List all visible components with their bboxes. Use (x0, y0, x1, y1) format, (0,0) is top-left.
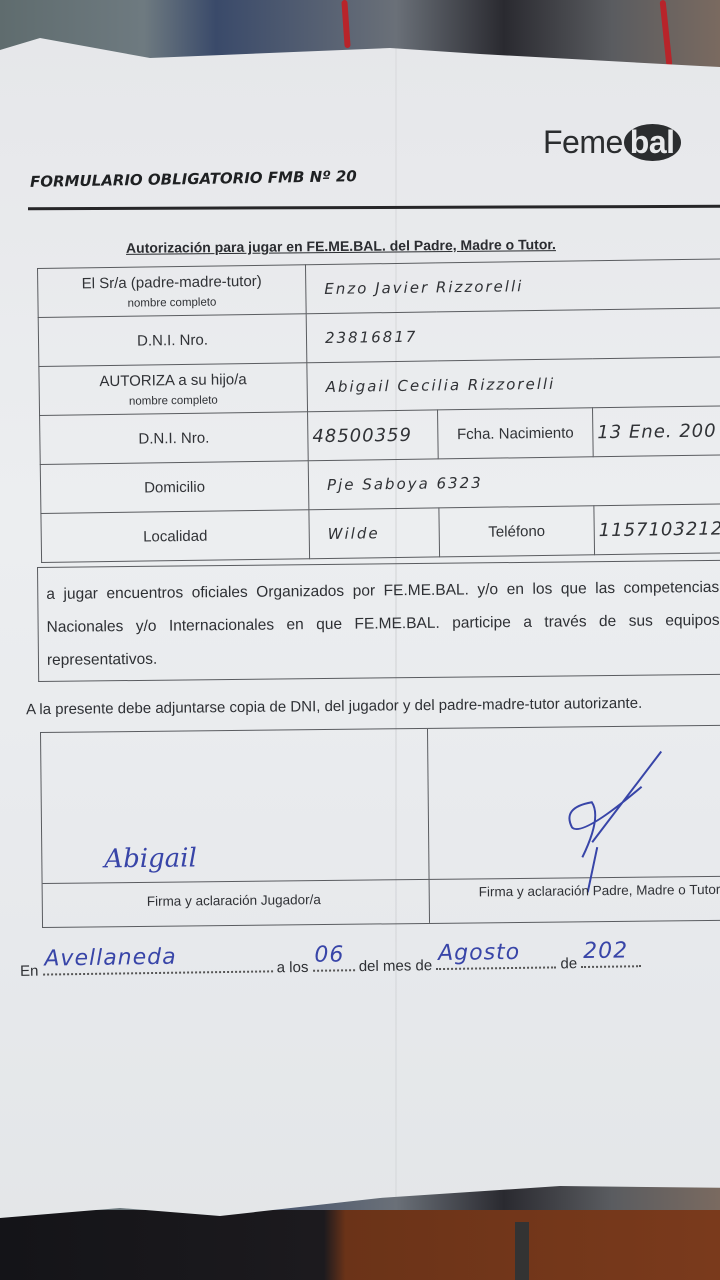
en-label: En (20, 963, 39, 980)
day-value: 06 (314, 942, 344, 967)
authorization-table: El Sr/a (padre-madre-tutor)nombre comple… (37, 258, 720, 563)
authorization-paragraph: a jugar encuentros oficiales Organizados… (37, 560, 720, 682)
player-signature-caption: Firma y aclaración Jugador/a (147, 892, 321, 909)
place-field[interactable]: Avellaneda (42, 956, 272, 975)
child-dni-field[interactable]: 48500359 (308, 410, 439, 461)
signature-box: Abigail Firma y aclaración Jugador/a Fir… (40, 725, 720, 928)
month-label: del mes de (359, 957, 433, 975)
label-subtext: nombre completo (40, 393, 307, 409)
address-field[interactable]: Pje Saboya 6323 (308, 455, 720, 510)
ball-icon: bal (624, 124, 681, 161)
parent-name-label: El Sr/a (padre-madre-tutor)nombre comple… (38, 265, 307, 318)
femebal-logo: Femebal (543, 124, 681, 161)
logo-text: Feme (543, 124, 623, 160)
label-subtext: nombre completo (38, 295, 305, 311)
birth-date-field[interactable]: 13 Ene. 200 (593, 406, 720, 457)
place-value: Avellaneda (44, 945, 177, 972)
month-field[interactable]: Agosto (436, 952, 556, 970)
player-signature[interactable]: Abigail (104, 843, 197, 874)
year-label: de (560, 955, 577, 972)
address-label: Domicilio (40, 461, 309, 514)
background-strap (515, 1222, 529, 1280)
phone-field[interactable]: 1157103212 (594, 504, 720, 555)
day-field[interactable]: 06 (312, 955, 354, 972)
phone-label: Teléfono (439, 506, 595, 557)
month-value: Agosto (438, 940, 520, 966)
table-row: Localidad Wilde Teléfono 1157103212 (41, 504, 720, 563)
city-label: Localidad (41, 510, 310, 563)
year-value: 202 (583, 938, 628, 964)
parent-name-field[interactable]: Enzo Javier Rizzorelli (305, 259, 720, 314)
background-cable (660, 0, 673, 66)
day-label: a los (277, 959, 309, 976)
year-field[interactable]: 202 (581, 951, 641, 968)
city-field[interactable]: Wilde (309, 508, 440, 559)
child-name-label: AUTORIZA a su hijo/anombre completo (39, 363, 308, 416)
label-text: AUTORIZA a su hijo/a (99, 371, 247, 390)
signature-divider (427, 729, 430, 923)
birth-date-label: Fcha. Nacimiento (438, 408, 594, 459)
background-surface (0, 1210, 720, 1280)
child-name-field[interactable]: Abigail Cecilia Rizzorelli (307, 357, 720, 412)
parent-dni-label: D.N.I. Nro. (38, 314, 307, 367)
child-dni-label: D.N.I. Nro. (40, 412, 309, 465)
parent-dni-field[interactable]: 23816817 (306, 308, 720, 363)
parent-signature-icon[interactable] (521, 746, 673, 898)
parent-signature-caption: Firma y aclaración Padre, Madre o Tutor (479, 882, 720, 900)
label-text: El Sr/a (padre-madre-tutor) (82, 272, 262, 292)
background-cable (341, 0, 350, 48)
